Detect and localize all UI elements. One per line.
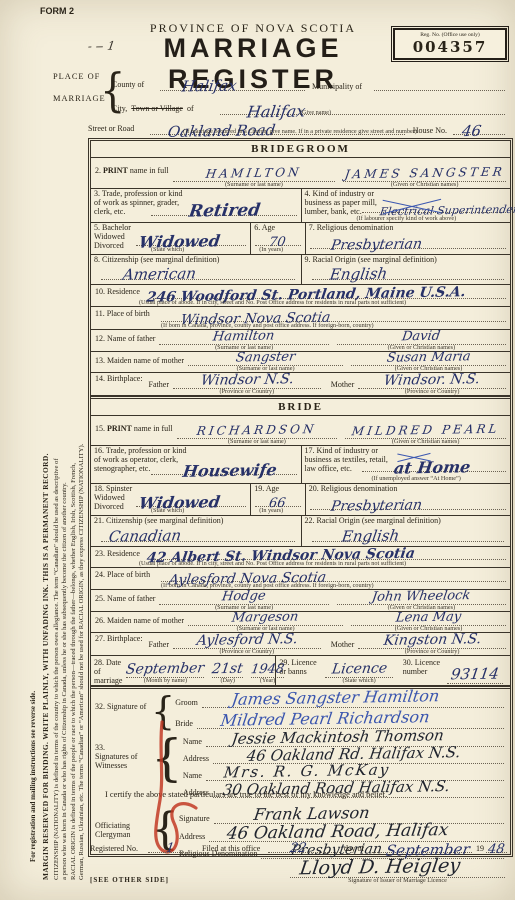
field-14-parents-birthplace: 14. Birthplace: Father Windsor N.S. (Pro… <box>91 373 510 396</box>
bride-father-birthplace: Aylesford N.S. <box>195 632 298 648</box>
mother-label: Mother <box>325 373 355 395</box>
bride-mother-given: Lena May <box>395 610 462 624</box>
county-line: County of Halifax Municipality of <box>112 74 505 92</box>
surname-caption: (Surname or last name) <box>173 182 336 188</box>
field-29-caption: (State which) <box>325 678 392 684</box>
field-24-label: 24. Place of birth <box>95 571 150 580</box>
field-27-caption-1: (Province or Country) <box>173 649 321 655</box>
marriage-register-page: For registration and mailing instruction… <box>0 0 515 900</box>
groom-father-birthplace: Windsor N.S. <box>199 372 294 388</box>
form-number: FORM 2 <box>40 6 74 16</box>
field-10-note: (Usual place of abode. If in city, stree… <box>139 300 406 306</box>
field-15-caption-1: (Surname or last name) <box>177 439 338 445</box>
groom-mother-birthplace: Windsor. N.S. <box>383 372 481 388</box>
bride-surname-value: RICHARDSON <box>196 423 317 437</box>
field-13-label: 13. Maiden name of mother <box>91 352 184 372</box>
field-29-label: 29. Licence or banns <box>279 657 321 684</box>
field-28-label: 28. Date of marriage <box>94 657 122 684</box>
field-17-note: (If unemployed answer “At Home”) <box>372 476 461 482</box>
field-23-note: (Usual place of abode. If in city, stree… <box>139 561 406 567</box>
field-6-label: 6. Age <box>254 224 301 233</box>
reg-no-box: Reg. No. (Office use only) 004357 <box>393 28 507 60</box>
pencil-mark: ‐ ‒ 1 <box>87 40 116 52</box>
field-2-name-in-full: 2. PRINT name in full HAMILTON (Surname … <box>91 158 510 189</box>
field-17-label: 17. Kind of industry or business as text… <box>305 447 400 474</box>
field-14-caption-2: (Province or Country) <box>358 389 506 395</box>
year-prefix: 19 <box>476 845 484 854</box>
field-32-label: Signature of <box>107 702 146 711</box>
issuer-signature-block: Lloyd D. Heigley Signature of Issuer of … <box>290 858 505 884</box>
groom-religion-value: Presbyterian <box>330 237 423 253</box>
field-26-mother-name: 26. Maiden name of mother Margeson (Surn… <box>91 612 510 633</box>
field-21-22-citizenship-racial: 21. Citizenship (see marginal definition… <box>91 516 510 547</box>
county-label: County of <box>112 80 144 89</box>
bride-religion-value: Presbyterian <box>330 498 423 514</box>
field-14-label: 14. Birthplace: <box>91 373 143 395</box>
filed-day-value: 22 <box>289 842 307 855</box>
field-10-residence: 10. Residence 246 Woodford St. Portland,… <box>91 285 510 307</box>
filed-year-value: 48 <box>487 843 505 856</box>
bridegroom-header: BRIDEGROOM <box>91 141 510 158</box>
margin-note-racial-origin-1: RACIAL ORIGIN is defined in terms of the… <box>70 463 77 880</box>
field-15-no: 15. <box>95 424 105 433</box>
field-2-print: PRINT <box>103 166 128 175</box>
field-21-label: 21. Citizenship (see marginal definition… <box>94 517 298 526</box>
reg-no-value: 004357 <box>398 38 502 56</box>
clergyman-signature: Frank Lawson <box>252 805 370 823</box>
marriage-day-value: 21st <box>211 662 244 677</box>
licence-number-value: 93114 <box>450 667 500 683</box>
field-15-name-in-full: 15. PRINT name in full RICHARDSON (Surna… <box>91 416 510 446</box>
marriage-label: MARRIAGE <box>53 94 106 103</box>
city-label-pre: City, <box>112 104 127 113</box>
marriage-month-value: September <box>125 661 205 676</box>
field-27-label: 27. Birthplace: <box>91 633 143 655</box>
bride-father-surname: Hodge <box>221 589 266 603</box>
field-7-label: 7. Religious denomination <box>309 224 507 233</box>
groom-surname-value: HAMILTON <box>205 166 302 180</box>
municipality-label: Municipality of <box>312 83 362 92</box>
field-5-6-7-status-age-religion: 5. Bachelor Widowed Divorced Widowed (St… <box>91 223 510 255</box>
field-26-label: 26. Maiden name of mother <box>91 612 184 632</box>
clergyman-label-2: Clergyman <box>95 830 130 839</box>
bride-trade-value: Housewife <box>182 462 278 480</box>
field-20-label: 20. Religious denomination <box>309 485 507 494</box>
groom-mother-surname: Sangster <box>235 350 296 364</box>
municipality-blank <box>374 90 505 91</box>
city-label-post: of <box>187 104 194 113</box>
given-caption: (Given or Christian names) <box>343 182 506 188</box>
bride-mother-surname: Margeson <box>231 610 299 624</box>
field-18-caption: (State which) <box>151 508 184 514</box>
give-name-note: (Give name) <box>300 110 331 116</box>
bride-mother-birthplace: Kingston N.S. <box>383 632 482 648</box>
field-16-label: 16. Trade, profession or kind of work as… <box>94 447 189 474</box>
field-23-label: 23. Residence <box>95 550 140 559</box>
field-18-19-20-status-age-religion: 18. Spinster Widowed Divorced Widowed (S… <box>91 484 510 516</box>
groom-father-given: David <box>401 329 441 343</box>
registered-no-label: Registered No. <box>90 845 138 854</box>
field-27-caption-2: (Province or Country) <box>358 649 506 655</box>
field-4-note: (If labourer specify kind of work above) <box>357 216 457 222</box>
field-23-residence: 23. Residence 42 Albert St. Windsor Nova… <box>91 547 510 568</box>
groom-citizenship-value: American <box>122 266 197 282</box>
field-16-17-trade-industry: 16. Trade, profession or kind of work as… <box>91 446 510 484</box>
field-12-label: 12. Name of father <box>91 330 155 351</box>
registered-row: Registered No. 1 Filed at this office 22… <box>90 840 507 856</box>
field-27-parents-birthplace: 27. Birthplace: Father Aylesford N.S. (P… <box>91 633 510 656</box>
groom-given-value: JAMES SANGSTER <box>344 165 506 180</box>
city-label-struck: Town or Village <box>131 104 183 113</box>
licence-or-banns-value: Licence <box>330 661 387 676</box>
bride-signature: Mildred Pearl Richardson <box>220 709 431 729</box>
field-13-mother-name: 13. Maiden name of mother Sangster (Surn… <box>91 352 510 373</box>
clergyman-label-1: Officiating <box>95 821 130 830</box>
field-22-label: 22. Racial Origin (see marginal definiti… <box>305 517 508 526</box>
county-value: Halifax <box>181 79 238 95</box>
field-3-4-trade-industry: 3. Trade, profession or kind of work as … <box>91 189 510 223</box>
bride-header: BRIDE <box>91 396 510 416</box>
field-11-place-of-birth: 11. Place of birth Windsor Nova Scotia (… <box>91 307 510 330</box>
groom-sig-label: Groom <box>175 699 198 708</box>
field-19-label: 19. Age <box>254 485 301 494</box>
margin-note-binding: MARGIN RESERVED FOR BINDING. WRITE PLAIN… <box>41 453 50 880</box>
field-19-caption: (In years) <box>259 508 283 514</box>
field-2-rest: name in full <box>130 166 169 175</box>
field-5-caption: (State which) <box>151 247 184 253</box>
registered-no-value: 1 <box>165 842 175 855</box>
field-8-9-citizenship-racial: 8. Citizenship (see marginal definition)… <box>91 255 510 285</box>
groom-mother-given: Susan Maria <box>386 350 471 364</box>
groom-signature: James Sangster Hamilton <box>230 688 440 708</box>
field-14-caption-1: (Province or Country) <box>173 389 321 395</box>
field-2-no: 2. <box>95 166 101 175</box>
mother-label-2: Mother <box>325 633 355 655</box>
field-28-29-30-date-licence: 28. Date of marriage September (Month by… <box>91 656 510 686</box>
street-note: (If marriage occurred in a Church, give … <box>120 129 480 135</box>
month-caption: (Month by name) <box>126 678 204 684</box>
filed-label: Filed at this office <box>202 845 260 854</box>
groom-father-surname: Hamilton <box>212 329 275 343</box>
father-label-2: Father <box>143 633 169 655</box>
margin-note-citizenship-2: a person who was born in Canada or who h… <box>61 482 68 880</box>
father-label: Father <box>143 373 169 395</box>
bride-father-given: John Wheelock <box>371 589 471 604</box>
field-32-no: 32. <box>95 702 105 711</box>
day-of-label: day of <box>344 845 364 854</box>
field-10-label: 10. Residence <box>95 288 140 297</box>
field-25-label: 25. Name of father <box>91 590 155 611</box>
field-6-caption: (In years) <box>259 247 283 253</box>
groom-trade-value: Retired <box>188 202 262 220</box>
margin-note-racial-origin-2: German, Russian, Ukrainian, etc. The ter… <box>78 444 85 880</box>
field-15-rest: name in full <box>134 424 173 433</box>
bride-racial-origin-value: English <box>340 529 399 545</box>
field-3-label: 3. Trade, profession or kind of work as … <box>94 190 189 217</box>
field-11-label: 11. Place of birth <box>95 310 150 319</box>
day-caption: (Day) <box>212 678 243 684</box>
place-of-label: PLACE OF <box>53 72 100 81</box>
field-9-label: 9. Racial Origin (see marginal definitio… <box>305 256 508 265</box>
field-33-label: Signatures of Witnesses <box>95 752 137 770</box>
field-15-print: PRINT <box>107 424 132 433</box>
see-other-side-label: [SEE OTHER SIDE] <box>90 876 169 884</box>
field-33-no: 33. <box>95 743 105 752</box>
bride-given-value: MILDRED PEARL <box>351 423 500 438</box>
margin-note-instructions: For registration and mailing instruction… <box>29 691 37 862</box>
issuer-signature: Lloyd D. Heigley <box>298 857 461 879</box>
groom-racial-origin-value: English <box>328 267 387 283</box>
field-15-caption-2: (Given or Christian names) <box>345 439 506 445</box>
field-24-place-of-birth: 24. Place of birth Aylesford Nova Scotia… <box>91 568 510 590</box>
margin-note-citizenship-1: CITIZENSHIP (NATIONALITY) is defined in … <box>53 458 60 880</box>
field-30-label: 30. Licence number <box>397 657 443 684</box>
bride-citizenship-value: Canadian <box>108 528 182 544</box>
